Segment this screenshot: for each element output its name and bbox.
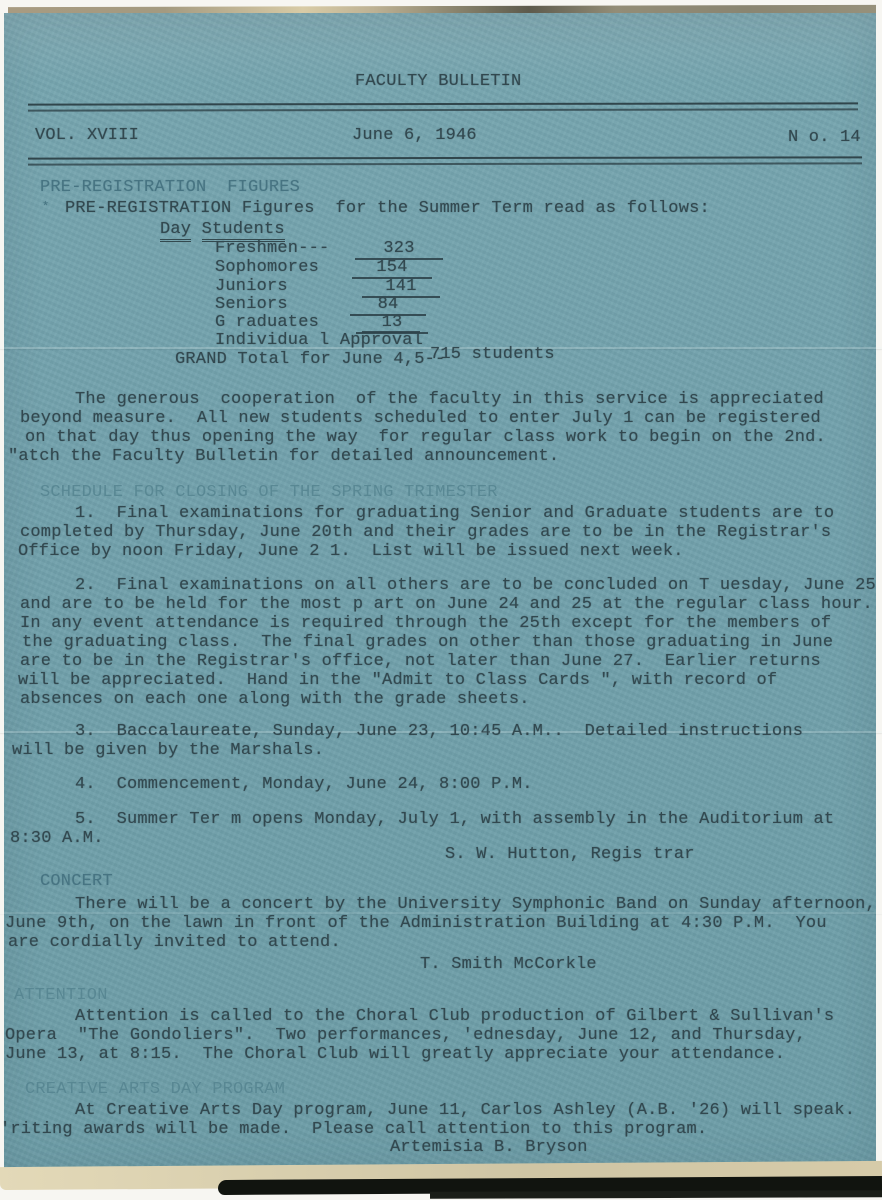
group-label-day-students: Day Students (160, 220, 285, 239)
prereg-row-label: Individua l Approval (215, 331, 423, 350)
schedule-item-line: In any event attendance is required thro… (20, 614, 831, 633)
note-line: The generous cooperation of the faculty … (75, 390, 824, 409)
attention-line: June 13, at 8:15. The Choral Club will g… (5, 1045, 785, 1064)
schedule-item-line: will be appreciated. Hand in the "Admit … (18, 671, 777, 690)
divider-rule (28, 102, 858, 111)
section-heading-attention: ATTENTION (14, 986, 108, 1005)
page-title: FACULTY BULLETIN (355, 72, 521, 91)
schedule-item-line: and are to be held for the most p art on… (20, 595, 873, 614)
signature-bryson: Artemisia B. Bryson (390, 1138, 588, 1157)
schedule-item-line: 4. Commencement, Monday, June 24, 8:00 P… (75, 775, 533, 794)
divider-rule (28, 156, 862, 165)
scan-shadow-strip (430, 1190, 882, 1199)
schedule-item-line: completed by Thursday, June 20th and the… (20, 523, 831, 542)
schedule-item-line: 1. Final examinations for graduating Sen… (75, 504, 834, 523)
section-heading-preregistration: PRE-REGISTRATION FIGURES (40, 178, 300, 197)
prereg-row-label: G raduates (215, 313, 319, 332)
schedule-item-line: the graduating class. The final grades o… (22, 633, 833, 652)
section-heading-concert: CONCERT (40, 872, 113, 891)
prereg-row-label: Sophomores (215, 258, 319, 277)
group-word-day: Day (160, 220, 191, 242)
masthead-date: June 6, 1946 (352, 126, 477, 145)
schedule-item-line: are to be in the Registrar's office, not… (20, 652, 821, 671)
creative-arts-line: 'riting awards will be made. Please call… (0, 1120, 707, 1139)
creative-arts-line: At Creative Arts Day program, June 11, C… (75, 1101, 855, 1120)
attention-line: Attention is called to the Choral Club p… (75, 1007, 834, 1026)
masthead-issue-number: N o. 14 (788, 128, 861, 147)
schedule-item-line: 3. Baccalaureate, Sunday, June 23, 10:45… (75, 722, 803, 741)
prereg-row-label: Seniors (215, 295, 288, 314)
prereg-row-value (362, 331, 420, 333)
concert-line: June 9th, on the lawn in front of the Ad… (5, 914, 827, 933)
note-line: "atch the Faculty Bulletin for detailed … (8, 447, 559, 466)
attention-line: Opera "The Gondoliers". Two performances… (5, 1026, 806, 1045)
grand-total-value: 715 students (430, 345, 555, 364)
prereg-row-label: Juniors (215, 277, 288, 296)
concert-line: are cordially invited to attend. (8, 933, 341, 952)
section-heading-schedule: SCHEDULE FOR CLOSING OF THE SPRING TRIME… (40, 483, 498, 502)
prereg-row-label: Freshmen--- (215, 239, 329, 258)
prereg-row-value: 154 (352, 258, 432, 279)
schedule-item-line: 5. Summer Ter m opens Monday, July 1, wi… (75, 810, 834, 829)
schedule-item-line: 2. Final examinations on all others are … (75, 576, 876, 595)
schedule-item-line: Office by noon Friday, June 2 1. List wi… (18, 542, 684, 561)
preregistration-intro: PRE-REGISTRATION Figures for the Summer … (65, 199, 710, 218)
signature-registrar: S. W. Hutton, Regis trar (445, 845, 695, 864)
concert-line: There will be a concert by the Universit… (75, 895, 876, 914)
section-heading-creative-arts: CREATIVE ARTS DAY PROGRAM (25, 1080, 285, 1099)
schedule-item-line: will be given by the Marshals. (12, 741, 324, 760)
masthead-volume: VOL. XVIII (35, 126, 139, 145)
footnote-mark: * (42, 198, 49, 217)
schedule-item-line: 8:30 A.M. (10, 829, 104, 848)
prereg-row-value: 323 (355, 239, 443, 260)
schedule-item-line: absences on each one along with the grad… (20, 690, 530, 709)
note-line: on that day thus opening the way for reg… (25, 428, 826, 447)
grand-total-label: GRAND Total for June 4,5-- (175, 350, 445, 369)
scanned-page: FACULTY BULLETIN VOL. XVIII June 6, 1946… (0, 0, 882, 1200)
note-line: beyond measure. All new students schedul… (20, 409, 821, 428)
signature-mccorkle: T. Smith McCorkle (420, 955, 597, 974)
